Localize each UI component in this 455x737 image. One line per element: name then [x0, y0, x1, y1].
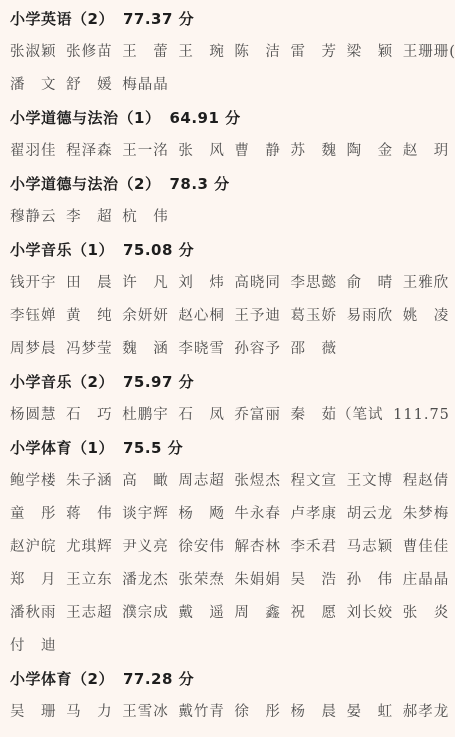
section-header: 小学音乐（2）75.97 分: [10, 366, 455, 399]
score-section: 小学音乐（1）75.08 分钱开宇 田 晨 许 凡 刘 炜 高晓同 李思懿 俞 …: [10, 234, 455, 366]
section-subject: 小学英语（2）: [10, 10, 114, 28]
name-list-line: 童 彤 蒋 伟 谈宇辉 杨 飏 牛永春 卢孝康 胡云龙 朱梦梅: [10, 498, 455, 531]
name-list-line: 李钰婵 黄 纯 余妍妍 赵心桐 王予迪 葛玉娇 易雨欣 姚 凌: [10, 300, 455, 333]
name-list-line: 鲍学楼 朱子涵 高 瞰 周志超 张煜杰 程文宣 王文博 程赵倩: [10, 465, 455, 498]
name-list-line: 周梦晨 冯梦莹 魏 涵 李晓雪 孙容予 邵 薇: [10, 333, 455, 366]
section-header: 小学音乐（1）75.08 分: [10, 234, 455, 267]
score-section: 小学体育（2）77.28 分吴 珊 马 力 王雪冰 戴竹青 徐 彤 杨 晨 晏 …: [10, 663, 455, 729]
section-score: 77.37 分: [123, 10, 194, 28]
section-subject: 小学音乐（1）: [10, 241, 114, 259]
section-subject: 小学体育（2）: [10, 670, 114, 688]
name-list-line: 吴 珊 马 力 王雪冰 戴竹青 徐 彤 杨 晨 晏 虹 郝孝龙: [10, 696, 455, 729]
score-announcement-document: 小学英语（2）77.37 分张淑颖 张修苗 王 蕾 王 琬 陈 洁 雷 芳 梁 …: [0, 0, 455, 729]
name-list-line: 潘秋雨 王志超 濮宗成 戴 遥 周 鑫 祝 愿 刘长姣 张 炎: [10, 597, 455, 630]
name-list-line: 张淑颖 张修苗 王 蕾 王 琬 陈 洁 雷 芳 梁 颖 王珊珊(472X: [10, 36, 455, 69]
section-score: 75.08 分: [123, 241, 194, 259]
section-score: 75.97 分: [123, 373, 194, 391]
section-score: 75.5 分: [123, 439, 183, 457]
name-list-line: 潘 文 舒 媛 梅晶晶: [10, 69, 455, 102]
section-header: 小学道德与法治（1）64.91 分: [10, 102, 455, 135]
name-list-line: 赵沪皖 尤琪辉 尹义亮 徐安伟 解杏林 李禾君 马志颖 曹佳佳: [10, 531, 455, 564]
score-section: 小学道德与法治（1）64.91 分翟羽佳 程泽森 王一洺 张 风 曹 静 苏 魏…: [10, 102, 455, 168]
name-list-line: 翟羽佳 程泽森 王一洺 张 风 曹 静 苏 魏 陶 金 赵 玥: [10, 135, 455, 168]
section-subject: 小学道德与法治（1）: [10, 109, 160, 127]
score-section: 小学体育（1）75.5 分鲍学楼 朱子涵 高 瞰 周志超 张煜杰 程文宣 王文博…: [10, 432, 455, 663]
score-section: 小学英语（2）77.37 分张淑颖 张修苗 王 蕾 王 琬 陈 洁 雷 芳 梁 …: [10, 3, 455, 102]
section-subject: 小学体育（1）: [10, 439, 114, 457]
section-subject: 小学道德与法治（2）: [10, 175, 160, 193]
name-list-line: 杨圆慧 石 巧 杜鹏宇 石 凤 乔富丽 秦 茹（笔试 111.75 分）: [10, 399, 455, 432]
score-section: 小学道德与法治（2）78.3 分穆静云 李 超 杭 伟: [10, 168, 455, 234]
section-score: 78.3 分: [169, 175, 229, 193]
name-list-line: 穆静云 李 超 杭 伟: [10, 201, 455, 234]
section-score: 64.91 分: [169, 109, 240, 127]
section-header: 小学体育（1）75.5 分: [10, 432, 455, 465]
section-score: 77.28 分: [123, 670, 194, 688]
section-header: 小学体育（2）77.28 分: [10, 663, 455, 696]
section-header: 小学道德与法治（2）78.3 分: [10, 168, 455, 201]
name-list-line: 郑 月 王立东 潘龙杰 张荣焘 朱娟娟 吴 浩 孙 伟 庄晶晶: [10, 564, 455, 597]
section-header: 小学英语（2）77.37 分: [10, 3, 455, 36]
name-list-line: 钱开宇 田 晨 许 凡 刘 炜 高晓同 李思懿 俞 晴 王雅欣: [10, 267, 455, 300]
name-list-line: 付 迪: [10, 630, 455, 663]
score-section: 小学音乐（2）75.97 分杨圆慧 石 巧 杜鹏宇 石 凤 乔富丽 秦 茹（笔试…: [10, 366, 455, 432]
section-subject: 小学音乐（2）: [10, 373, 114, 391]
